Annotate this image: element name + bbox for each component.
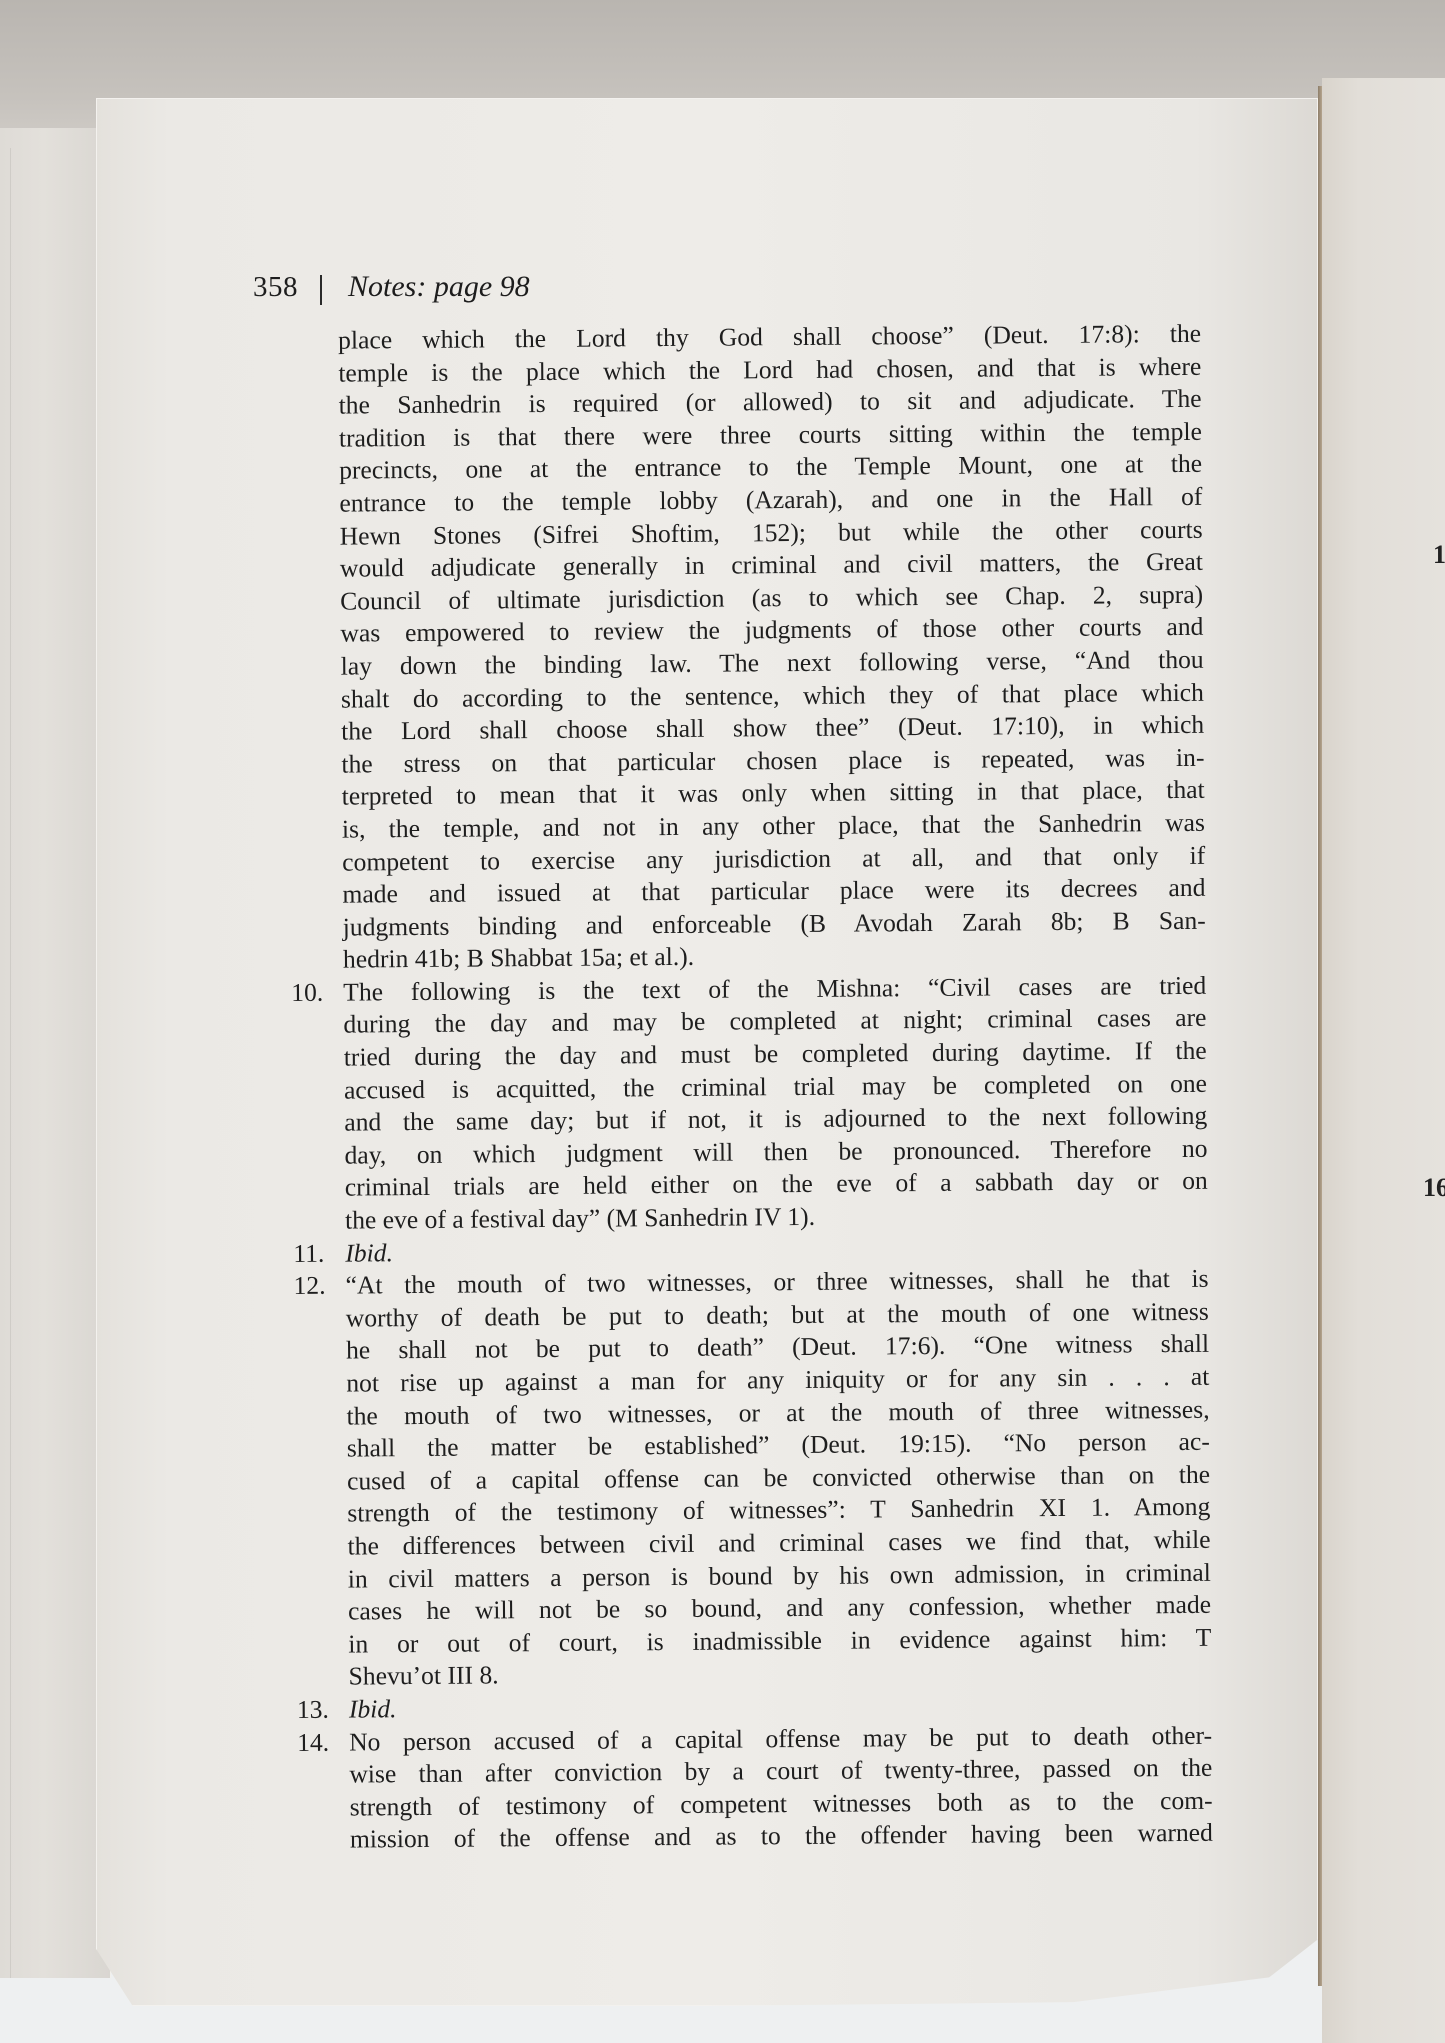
footnote-10: 10.The following is the text of the Mish… <box>291 970 1208 1238</box>
footnote-number: 12. <box>293 1270 341 1303</box>
page-number: 358 <box>253 271 298 304</box>
book-gutter <box>1318 86 1322 1986</box>
right-page-fragment: 1 <box>1433 540 1445 570</box>
notes-body: place which the Lord thy God shall choos… <box>286 318 1213 1857</box>
footnote-12: 12.“At the mouth of two witnesses, or th… <box>293 1263 1211 1694</box>
facing-page-right: 1 16 <box>1322 78 1445 2043</box>
footnote-number: 11. <box>293 1237 341 1270</box>
header-divider <box>320 275 322 305</box>
footnote-number: 10. <box>291 976 339 1009</box>
running-head: Notes: page 98 <box>348 270 530 304</box>
footnote-continuation: place which the Lord thy God shall choos… <box>286 318 1206 977</box>
page-stack-left <box>0 128 111 1978</box>
page-edge-line <box>10 148 11 1978</box>
page-header: 358 Notes: page 98 <box>253 270 530 304</box>
footnote-14: 14.No person accused of a capital offens… <box>297 1719 1213 1857</box>
right-page-fragment: 16 <box>1423 1173 1445 1203</box>
text-line: mission of the offense and as to the off… <box>350 1817 1213 1856</box>
text-line: criminal trials are held either on the e… <box>345 1165 1208 1204</box>
footnote-number: 14. <box>297 1726 345 1759</box>
footnote-number: 13. <box>297 1694 345 1727</box>
